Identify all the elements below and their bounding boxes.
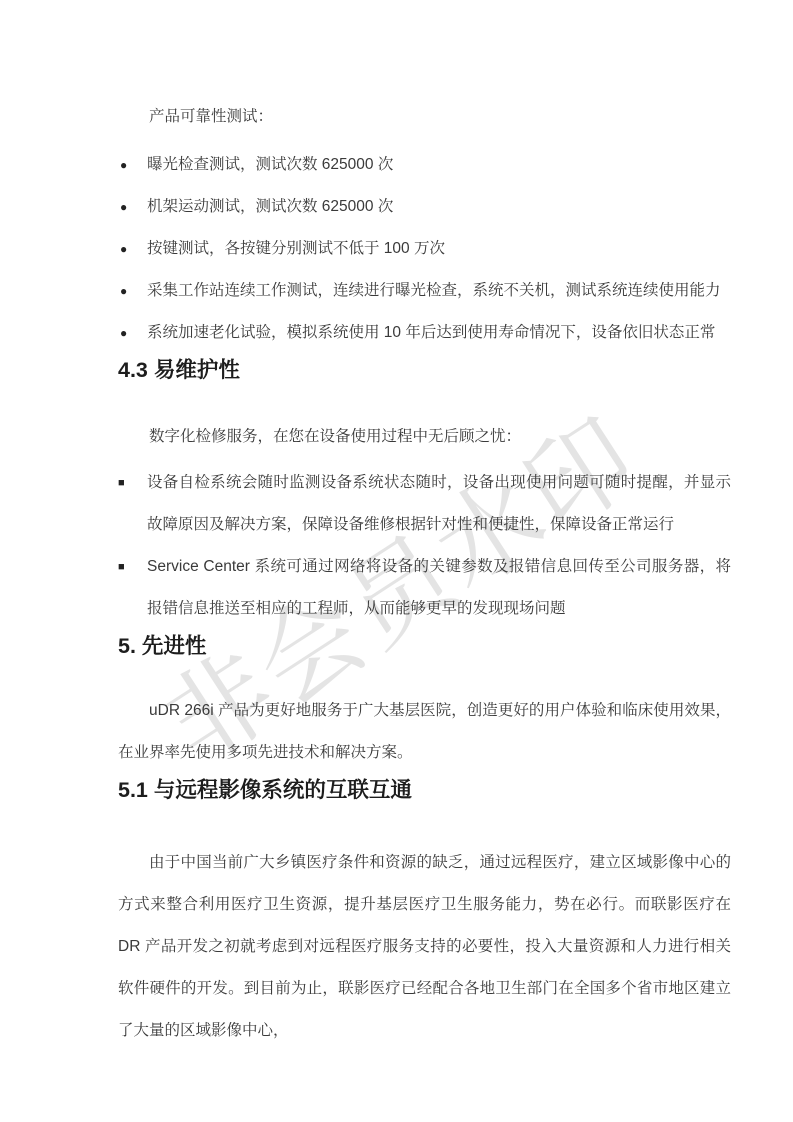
list-item: ● 系统加速老化试验，模拟系统使用 10 年后达到使用寿命情况下，设备依旧状态正… xyxy=(118,312,731,354)
section-5-heading: 5. 先进性 xyxy=(118,630,731,662)
list-item-text: 采集工作站连续工作测试，连续进行曝光检查，系统不关机，测试系统连续使用能力 xyxy=(147,282,721,299)
list-item: ● 曝光检查测试，测试次数 625000 次 xyxy=(118,144,731,186)
list-item-text: 系统加速老化试验，模拟系统使用 10 年后达到使用寿命情况下，设备依旧状态正常 xyxy=(147,324,715,341)
list-item-text: 曝光检查测试，测试次数 625000 次 xyxy=(147,156,393,173)
section-5-1-heading: 5.1 与远程影像系统的互联互通 xyxy=(118,774,731,806)
section-5-1-paragraph: 由于中国当前广大乡镇医疗条件和资源的缺乏，通过远程医疗，建立区域影像中心的方式来… xyxy=(118,842,731,1052)
list-item: ● 按键测试，各按键分别测试不低于 100 万次 xyxy=(118,228,731,270)
bullet-square-icon: ■ xyxy=(118,462,125,504)
list-item: ● 采集工作站连续工作测试，连续进行曝光检查，系统不关机，测试系统连续使用能力 xyxy=(118,270,731,312)
document-page: 非会员水印 产品可靠性测试： ● 曝光检查测试，测试次数 625000 次 ● … xyxy=(0,0,793,1122)
reliability-intro: 产品可靠性测试： xyxy=(118,96,731,138)
section-5-paragraph: uDR 266i 产品为更好地服务于广大基层医院，创造更好的用户体验和临床使用效… xyxy=(118,690,731,774)
maintainability-intro: 数字化检修服务，在您在设备使用过程中无后顾之忧： xyxy=(118,416,731,458)
list-item: ■ 设备自检系统会随时监测设备系统状态随时，设备出现使用问题可随时提醒，并显示故… xyxy=(118,462,731,546)
document-content: 产品可靠性测试： ● 曝光检查测试，测试次数 625000 次 ● 机架运动测试… xyxy=(0,0,793,1052)
list-item-text: 按键测试，各按键分别测试不低于 100 万次 xyxy=(147,240,445,257)
bullet-circle-icon: ● xyxy=(120,186,127,228)
list-item-text: Service Center 系统可通过网络将设备的关键参数及报错信息回传至公司… xyxy=(147,558,731,617)
bullet-circle-icon: ● xyxy=(120,312,127,354)
bullet-circle-icon: ● xyxy=(120,228,127,270)
list-item-text: 设备自检系统会随时监测设备系统状态随时，设备出现使用问题可随时提醒，并显示故障原… xyxy=(147,474,731,533)
maintainability-bullet-list: ■ 设备自检系统会随时监测设备系统状态随时，设备出现使用问题可随时提醒，并显示故… xyxy=(118,462,731,630)
bullet-circle-icon: ● xyxy=(120,144,127,186)
list-item-text: 机架运动测试，测试次数 625000 次 xyxy=(147,198,393,215)
reliability-bullet-list: ● 曝光检查测试，测试次数 625000 次 ● 机架运动测试，测试次数 625… xyxy=(118,144,731,354)
bullet-circle-icon: ● xyxy=(120,270,127,312)
list-item: ● 机架运动测试，测试次数 625000 次 xyxy=(118,186,731,228)
bullet-square-icon: ■ xyxy=(118,546,125,588)
section-4-3-heading: 4.3 易维护性 xyxy=(118,354,731,386)
list-item: ■ Service Center 系统可通过网络将设备的关键参数及报错信息回传至… xyxy=(118,546,731,630)
